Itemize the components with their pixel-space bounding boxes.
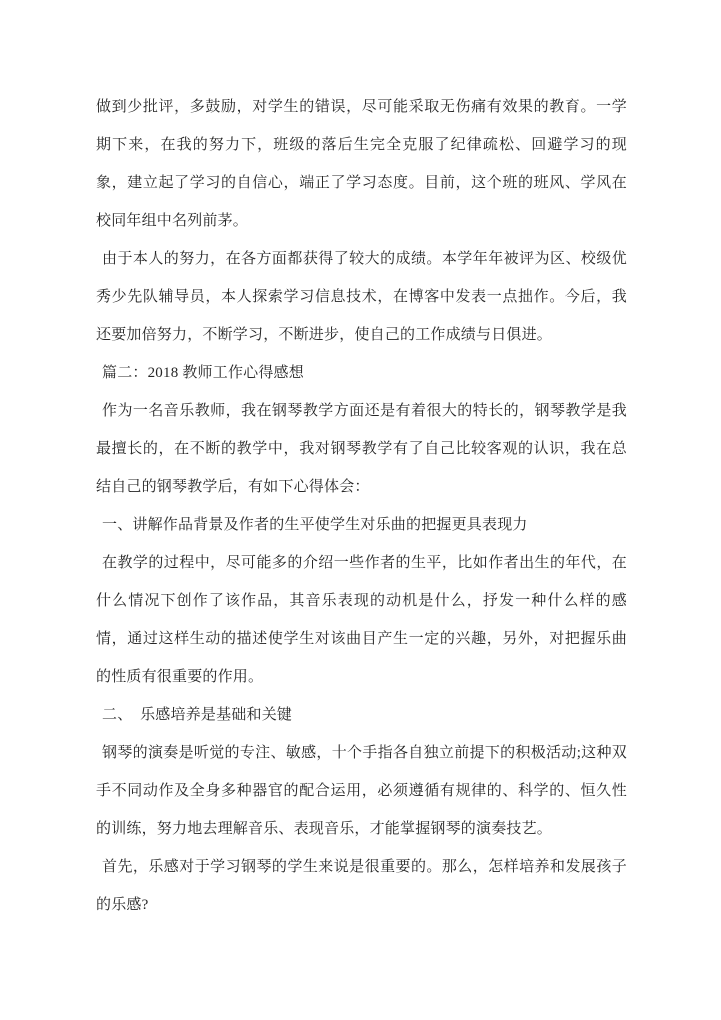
paragraph: 首先，乐感对于学习钢琴的学生来说是很重要的。那么，怎样培养和发展孩子的乐感? [96,848,627,924]
paragraph: 钢琴的演奏是听觉的专注、敏感，十个手指各自独立前提下的积极活动;这种双手不同动作… [96,734,627,848]
document-page: 做到少批评，多鼓励，对学生的错误，尽可能采取无伤痛有效果的教育。一学期下来，在我… [0,0,721,1020]
paragraph-heading: 二、 乐感培养是基础和关键 [96,696,627,734]
paragraph-heading: 一、讲解作品背景及作者的生平使学生对乐曲的把握更具表现力 [96,506,627,544]
paragraph: 作为一名音乐教师，我在钢琴教学方面还是有着很大的特长的，钢琴教学是我最擅长的，在… [96,392,627,506]
paragraph: 由于本人的努力，在各方面都获得了较大的成绩。本学年年被评为区、校级优秀少先队辅导… [96,240,627,354]
paragraph-section-title: 篇二：2018 教师工作心得感想 [96,354,627,392]
paragraph: 在教学的过程中，尽可能多的介绍一些作者的生平，比如作者出生的年代，在什么情况下创… [96,544,627,696]
paragraph: 做到少批评，多鼓励，对学生的错误，尽可能采取无伤痛有效果的教育。一学期下来，在我… [96,88,627,240]
text-content: 做到少批评，多鼓励，对学生的错误，尽可能采取无伤痛有效果的教育。一学期下来，在我… [96,88,627,924]
